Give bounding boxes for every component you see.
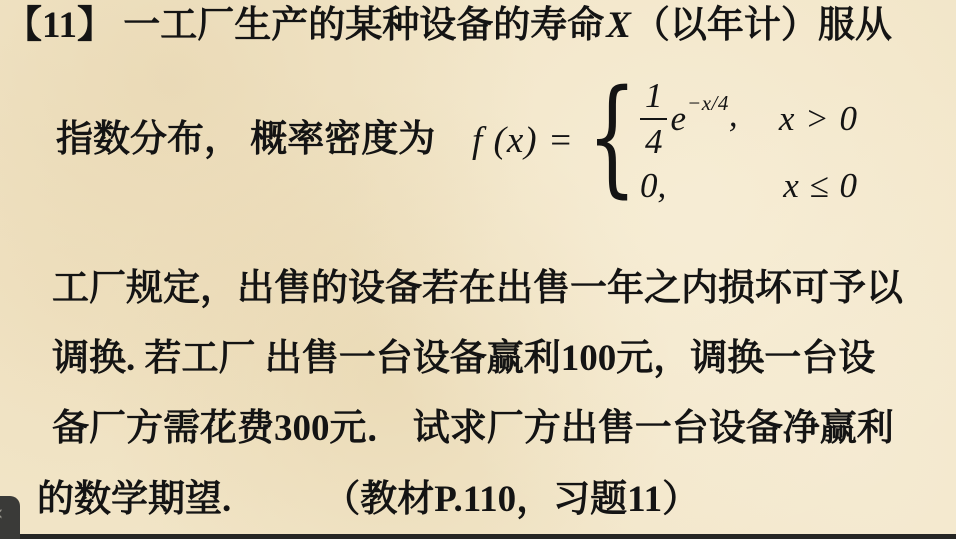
body-line-cost: 备厂方需花费300元． 试求厂方出售一台设备净赢利 [52, 409, 894, 449]
back-chevron-icon: ‹ [0, 503, 3, 524]
back-nav-button[interactable]: ‹ [0, 496, 20, 539]
condition-x-le-0: x ≤ 0 [783, 168, 858, 203]
formula-lhs: f (x) = [472, 119, 574, 162]
expression-comma: , [729, 97, 738, 132]
expectation-text: 的数学期望. [37, 480, 231, 520]
bottom-edge-bar [0, 534, 956, 539]
fraction-one-fourth: 1 4 [640, 78, 668, 159]
case-nonpositive: 0, x ≤ 0 [640, 168, 858, 203]
random-variable-x: X [604, 5, 633, 46]
zero-value: 0, [640, 168, 666, 203]
case-positive-expression: 1 4 e −x/4 , [640, 78, 738, 159]
textbook-reference: （教材P.110，习题11） [323, 480, 699, 520]
body-line-profit: 调换. 若工厂 出售一台设备赢利100元，调换一台设 [52, 339, 875, 379]
fraction-numerator: 1 [640, 78, 668, 118]
body-line-policy: 工厂规定，出售的设备若在出售一年之内损坏可予以 [52, 269, 903, 309]
formula-cases: 1 4 e −x/4 , x > 0 0, x ≤ 0 [640, 78, 858, 203]
pdf-piecewise-formula: f (x) = { 1 4 e −x/4 , x > 0 0, x ≤ 0 [472, 64, 858, 216]
title-text-pre: 【11】 一工厂生产的某种设备的寿命 [5, 5, 604, 46]
case-positive: 1 4 e −x/4 , x > 0 [640, 78, 858, 159]
left-brace: { [587, 74, 637, 200]
problem-title-line: 【11】 一工厂生产的某种设备的寿命X（以年计）服从 [5, 6, 892, 46]
slide: 【11】 一工厂生产的某种设备的寿命X（以年计）服从 指数分布， 概率密度为 f… [0, 0, 956, 539]
exp-base: e [670, 101, 686, 136]
condition-x-gt-0: x > 0 [779, 101, 858, 136]
fraction-denominator: 4 [640, 118, 668, 159]
title-text-post: （以年计）服从 [633, 5, 892, 46]
body-line-expectation: 的数学期望. （教材P.110，习题11） [37, 480, 699, 520]
body-line-distribution: 指数分布， 概率密度为 [56, 120, 435, 160]
exp-exponent: −x/4 [687, 93, 729, 114]
